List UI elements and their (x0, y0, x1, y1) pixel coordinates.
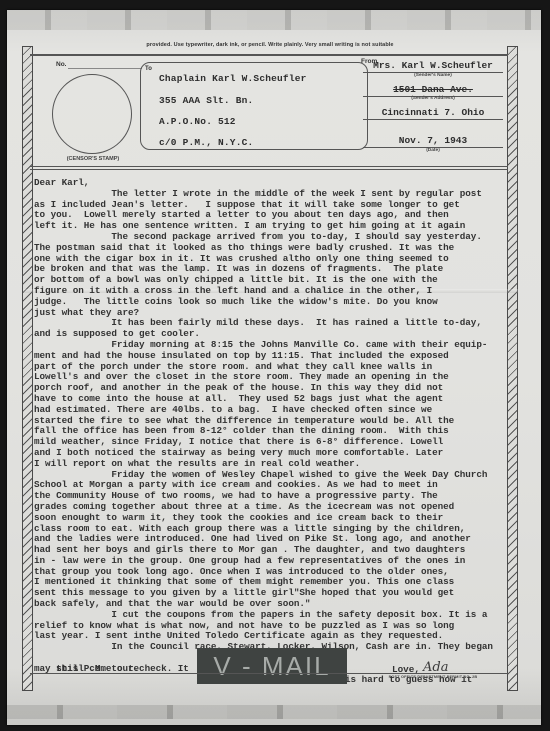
header-divider (30, 166, 508, 167)
right-hatched-border (507, 46, 518, 691)
vmail-banner: V - MAIL (197, 648, 347, 684)
number-label: No. (56, 61, 66, 68)
letter-line: soon enought to warm it, they took the c… (34, 513, 506, 524)
sender-address-label: (Sender's Address) (363, 96, 503, 101)
letter-body: Dear Karl, The letter I wrote in the mid… (34, 178, 506, 675)
recipient-postmaster: c/0 P.M., N.Y.C. (159, 137, 253, 148)
address-header: No. (CENSOR'S STAMP) To Chaplain Karl W.… (32, 56, 506, 154)
bottom-fold-shadow (7, 705, 541, 719)
letter-lines: The letter I wrote in the middle of the … (34, 189, 506, 653)
letter-line: judge. The little coins look so much lik… (34, 297, 506, 308)
sender-name-label: (Sender's Name) (363, 73, 503, 78)
date-label: (Date) (363, 148, 503, 153)
letter-date: Nov. 7, 1943 (363, 135, 503, 148)
recipient-name: Chaplain Karl W.Scheufler (159, 73, 307, 84)
letter-line: The postman said that it looked as tho t… (34, 243, 506, 254)
recipient-unit: 355 AAA Slt. Bn. (159, 95, 253, 106)
letter-line: ment and had the house insulated on top … (34, 351, 506, 362)
form-instructions: provided. Use typewriter, dark ink, or p… (30, 42, 510, 48)
recipient-box: To Chaplain Karl W.Scheufler 355 AAA Slt… (140, 62, 368, 150)
letter-line: The letter I wrote in the middle of the … (34, 189, 506, 200)
letter-line: I will report on what the results are in… (34, 459, 506, 470)
sender-city: Cincinnati 7. Ohio (363, 107, 503, 120)
sender-name: Mrs. Karl W.Scheufler (363, 60, 503, 73)
to-label: To (145, 66, 152, 72)
header-divider-double (30, 169, 508, 170)
censor-stamp-circle (52, 74, 132, 154)
bottom-rule (30, 673, 508, 674)
recipient-apo: A.P.O.No. 512 (159, 116, 236, 127)
censor-stamp-label: (CENSOR'S STAMP) (54, 156, 132, 162)
number-line (68, 68, 142, 69)
permit-text: POST OFFICE DEPARTMENT PERMIT NO. 2B (368, 675, 498, 679)
top-fold-shadow (7, 10, 541, 30)
letter-line: had estimated. There are 40lbs. to a bag… (34, 405, 506, 416)
